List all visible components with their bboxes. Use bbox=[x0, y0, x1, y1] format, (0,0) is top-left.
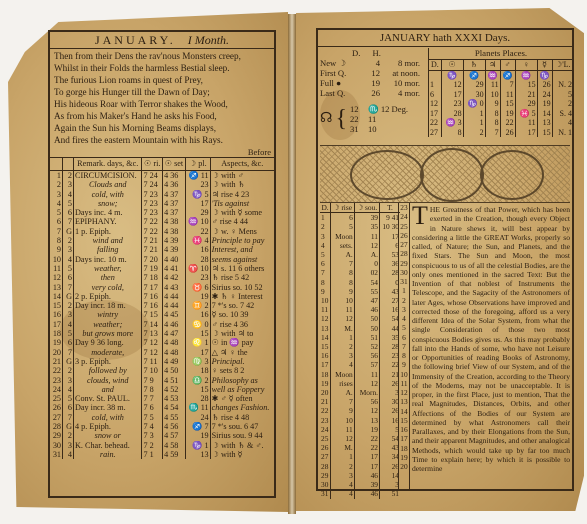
moon-place: ♐ 7 bbox=[185, 422, 210, 431]
sunrise: 7 22 bbox=[142, 227, 163, 236]
moon-row: 5A.A.53 bbox=[320, 250, 400, 259]
remark: Day 9 36 long. bbox=[74, 338, 142, 347]
calendar-row: 314rain.7 14 5913☽ with ☿ bbox=[50, 450, 274, 459]
moon-row: 2411195 bbox=[320, 425, 400, 434]
essay-day-number: 12 bbox=[399, 388, 409, 397]
calendar-row: 45snow;7 234 3717'Tis against bbox=[50, 199, 274, 208]
planet-cell: 27 bbox=[429, 128, 441, 138]
aspect: changes Fashion. bbox=[210, 403, 274, 412]
day-number: 12 bbox=[50, 273, 63, 282]
moon-place: ♌ 1 bbox=[185, 338, 210, 347]
calendar-row: 163wintry7 154 4516☿ so. 10 39 bbox=[50, 310, 274, 319]
moon-cell: 29 bbox=[320, 471, 331, 480]
sunset: 4 53 bbox=[163, 394, 186, 403]
phase-day: 19 bbox=[364, 78, 380, 88]
moon-cell: 4 bbox=[331, 489, 355, 498]
aspect: 7 *'s so. 7 42 bbox=[210, 301, 274, 310]
calendar-row: 82wind and7 214 39♓ 4Principle to pay bbox=[50, 236, 274, 245]
moon-cell: 23 bbox=[320, 416, 331, 425]
moon-cell: A. bbox=[354, 250, 379, 259]
sunset: 4 38 bbox=[163, 227, 186, 236]
aspect: Sirius sou. 9 44 bbox=[210, 431, 274, 440]
sunrise: 7 23 bbox=[142, 190, 163, 199]
moon-cell: 46 bbox=[354, 489, 379, 498]
moon-cell: 34 bbox=[380, 452, 401, 461]
sunrise: 7 8 bbox=[142, 385, 163, 394]
phase-day: 12 bbox=[364, 68, 380, 78]
moon-cell: 50 bbox=[354, 314, 379, 323]
moon-cell: 0 bbox=[354, 259, 379, 268]
calendar-table: Remark. days, &c. ☉ ri. ☉ set ☽ pl. Aspe… bbox=[50, 157, 274, 459]
moon-cell: 6 bbox=[320, 259, 331, 268]
moon-cell: 17 bbox=[354, 462, 379, 471]
essay-day-number: 14 bbox=[399, 407, 409, 416]
planet-col-header: ☽'L. bbox=[552, 60, 573, 71]
moon-row: 16399 41 bbox=[320, 213, 400, 223]
moon-cell: 43 bbox=[380, 443, 401, 452]
moon-cell: 5 bbox=[380, 425, 401, 434]
remark: Day incr. 18 m. bbox=[74, 301, 142, 310]
day-number: 28 bbox=[50, 422, 63, 431]
aspect: ☽ w. ♀ Mens bbox=[210, 227, 274, 236]
moon-phases: D. H. New ☽48 mor.First Q.12at noon.Full… bbox=[320, 48, 424, 134]
sunset: 4 48 bbox=[163, 348, 186, 357]
moon-place: ♑ 5 bbox=[185, 190, 210, 199]
moon-row: 780228 bbox=[320, 268, 400, 277]
sunset: 4 44 bbox=[163, 292, 186, 301]
moon-cell: 6 bbox=[331, 213, 355, 223]
aspect: ✱ ♂ ☿ often bbox=[210, 394, 274, 403]
essay-day-number: 16 bbox=[399, 425, 409, 434]
moon-cell: 22 bbox=[320, 406, 331, 415]
planet-cell: 10 bbox=[485, 90, 500, 100]
moon-cell: 17 bbox=[320, 360, 331, 369]
sunrise: 7 24 bbox=[142, 180, 163, 189]
planet-cell: 21 bbox=[515, 90, 537, 100]
planet-cell: 15 bbox=[537, 128, 552, 138]
moon-row: 304393 bbox=[320, 480, 400, 489]
moon-cell: 16 bbox=[320, 351, 331, 360]
moon-cell: sets. bbox=[331, 241, 355, 250]
moon-row: 1745722 bbox=[320, 360, 400, 369]
phase-name: First Q. bbox=[320, 68, 364, 78]
essay-day-number: 31 bbox=[399, 277, 409, 286]
moon-cell: 46 bbox=[354, 471, 379, 480]
aspect: Interest, and bbox=[210, 245, 274, 254]
calendar-row: 126then7 184 4223♄ rise 5 42 bbox=[50, 273, 274, 282]
moon-row: 67036 bbox=[320, 259, 400, 268]
moon-cell: 17 bbox=[354, 452, 379, 461]
moon-cell: 25 bbox=[320, 434, 331, 443]
moon-place: ♍ 3 bbox=[185, 357, 210, 366]
calendar-row: 56Days inc. 4 m.7 234 3729☽ with ☿ some bbox=[50, 208, 274, 217]
phase-header-hour: H. bbox=[373, 48, 381, 58]
engraving-vignette bbox=[480, 150, 544, 200]
sunrise: 7 20 bbox=[142, 255, 163, 264]
day-number: 3 bbox=[50, 190, 63, 199]
day-number: 7 bbox=[50, 227, 63, 236]
node-row: 2211 bbox=[350, 114, 408, 124]
moon-cell: 12 bbox=[320, 314, 331, 323]
moon-cell: 5 bbox=[320, 250, 331, 259]
planet-cell: 8 bbox=[485, 109, 500, 119]
planet-cell: 7 bbox=[500, 80, 515, 90]
moon-cell: A. bbox=[331, 388, 355, 397]
sunset: 4 49 bbox=[163, 357, 186, 366]
calendar-row: 207moderate,7 124 4817△ ♃ ♀ the bbox=[50, 348, 274, 357]
moon-row: 11114616 bbox=[320, 305, 400, 314]
moon-cell: 12 bbox=[331, 314, 355, 323]
weekday-letter: 7 bbox=[63, 283, 74, 292]
moon-cell: 31 bbox=[320, 489, 331, 498]
book-gutter bbox=[288, 14, 296, 514]
weekday-letter: 5 bbox=[63, 394, 74, 403]
weekday-letter: 5 bbox=[63, 199, 74, 208]
weekday-letter: G bbox=[63, 227, 74, 236]
moon-place: 23 bbox=[185, 273, 210, 282]
essay-day-number: 28 bbox=[399, 249, 409, 258]
moon-place: ♋ 0 bbox=[185, 320, 210, 329]
moon-cell: 27 bbox=[380, 296, 401, 305]
planet-col-header: ☿ bbox=[537, 60, 552, 71]
moon-place: 29 bbox=[185, 208, 210, 217]
calendar-row: 244and7 84 5215well as Foppery bbox=[50, 385, 274, 394]
moon-col-header: ☽ rise bbox=[331, 203, 355, 213]
node-place: 11 bbox=[368, 114, 376, 124]
zodiac-sign-icon: ♒ bbox=[515, 70, 537, 80]
moon-cell: 3 bbox=[380, 388, 401, 397]
essay-day-number: 10 bbox=[399, 370, 409, 379]
moon-place: ♊ 2 bbox=[185, 301, 210, 310]
planet-cell: 19 bbox=[500, 109, 515, 119]
remark: Day incr. 38 m. bbox=[74, 403, 142, 412]
remark: clouds, wind bbox=[74, 376, 142, 385]
moon-cell: 11 bbox=[320, 305, 331, 314]
remark: K. Char. behead. bbox=[74, 441, 142, 450]
moon-cell: 12 bbox=[331, 434, 355, 443]
moon-row: 18Moon1121 bbox=[320, 370, 400, 379]
weekday-letter: 2 bbox=[63, 431, 74, 440]
remark: CIRCUMCISION. bbox=[74, 171, 142, 181]
remark: Days inc. 4 m. bbox=[74, 208, 142, 217]
sunrise: 7 14 bbox=[142, 320, 163, 329]
month-title-text: JANUARY. bbox=[95, 33, 176, 47]
weekday-letter: 7 bbox=[63, 217, 74, 226]
day-number: 6 bbox=[50, 217, 63, 226]
sunrise: 7 9 bbox=[142, 376, 163, 385]
phase-name: Full ● bbox=[320, 78, 364, 88]
moon-cell: 16 bbox=[380, 305, 401, 314]
planet-cell: 23 bbox=[441, 99, 463, 109]
weekday-letter: 3 bbox=[63, 441, 74, 450]
moon-cell: M. bbox=[331, 443, 355, 452]
sunrise: 7 21 bbox=[142, 245, 163, 254]
planet-cell: S. 4 bbox=[552, 109, 573, 119]
sunset: 4 54 bbox=[163, 403, 186, 412]
planet-cell: N. 2 bbox=[552, 80, 573, 90]
verse-line: As from his Maker's Hand he asks his Foo… bbox=[54, 110, 270, 122]
calendar-row: 222followed by7 104 5018♀ sets 8 2 bbox=[50, 366, 274, 375]
moon-cell: 2 bbox=[331, 462, 355, 471]
sunrise: 7 22 bbox=[142, 217, 163, 226]
moon-cell: 5 bbox=[331, 222, 355, 231]
planet-cell: 14 bbox=[537, 109, 552, 119]
moon-cell: 19 bbox=[320, 379, 331, 388]
essay-day-number: 24 bbox=[399, 212, 409, 221]
moon-cell: 3 bbox=[380, 480, 401, 489]
moon-cell: 12 bbox=[354, 379, 379, 388]
engraving-vignette bbox=[350, 150, 424, 200]
moon-cell: 7 bbox=[320, 268, 331, 277]
aspect: seems against bbox=[210, 255, 274, 264]
month-days-title: JANUARY hath XXXI Days. bbox=[318, 30, 572, 47]
calendar-row: 152Day incr. 18 m.7 164 44♊ 27 *'s so. 7… bbox=[50, 301, 274, 310]
moon-place: ♐ 11 bbox=[185, 171, 210, 181]
col-header-sunset: ☉ set bbox=[163, 158, 186, 171]
sunrise: 7 16 bbox=[142, 292, 163, 301]
day-number: 14 bbox=[50, 292, 63, 301]
day-number: 26 bbox=[50, 403, 63, 412]
sunrise: 7 5 bbox=[142, 413, 163, 422]
moon-cell: 10 bbox=[331, 296, 355, 305]
moon-row: 3Moon1117 bbox=[320, 232, 400, 241]
remark: very cold, bbox=[74, 283, 142, 292]
essay-day-number: 18 bbox=[399, 444, 409, 453]
day-number: 17 bbox=[50, 320, 63, 329]
moon-cell: 10 bbox=[331, 416, 355, 425]
phase-day: 4 bbox=[364, 58, 380, 68]
essay-day-number: 3 bbox=[399, 305, 409, 314]
moon-cell: 8 bbox=[320, 278, 331, 287]
moon-col-header: ☽ sou. bbox=[354, 203, 379, 213]
day-number: 30 bbox=[50, 441, 63, 450]
remark: wind and bbox=[74, 236, 142, 245]
moon-row: 253510 30 bbox=[320, 222, 400, 231]
remark: 1 p. Epiph. bbox=[74, 227, 142, 236]
moon-cell: 11 bbox=[354, 370, 379, 379]
aspect: ☽ with ♂ bbox=[210, 171, 274, 181]
moon-cell: 4 bbox=[320, 241, 331, 250]
planet-row: 27827261715N. 1 bbox=[429, 128, 573, 138]
remark: cold, with bbox=[74, 190, 142, 199]
moon-cell: 43 bbox=[380, 287, 401, 296]
moon-row: 2934614 bbox=[320, 471, 400, 480]
moon-cell: 54 bbox=[380, 434, 401, 443]
essay-day-number: 25 bbox=[399, 222, 409, 231]
moon-place: ♏ 11 bbox=[185, 403, 210, 412]
moon-cell: 36 bbox=[380, 259, 401, 268]
day-number: 13 bbox=[50, 283, 63, 292]
phase-row: Last Q.264 mor. bbox=[320, 88, 424, 98]
moon-row: 10104727 bbox=[320, 296, 400, 305]
planet-cell: 26 bbox=[500, 128, 515, 138]
sunset: 4 55 bbox=[163, 413, 186, 422]
phase-hour: 8 mor. bbox=[380, 58, 420, 68]
moon-cell: 4 bbox=[331, 480, 355, 489]
sunset: 4 39 bbox=[163, 245, 186, 254]
weekday-letter: 4 bbox=[63, 320, 74, 329]
moon-place: 15 bbox=[185, 385, 210, 394]
moon-cell: 26 bbox=[380, 462, 401, 471]
calendar-row: 93falling7 214 3916Interest, and bbox=[50, 245, 274, 254]
sunrise: 7 19 bbox=[142, 264, 163, 273]
moon-cell: 28 bbox=[380, 342, 401, 351]
moon-cell: 9 bbox=[331, 406, 355, 415]
verse-line: And fires the eastern Mountain with his … bbox=[54, 134, 270, 146]
sunrise: 7 12 bbox=[142, 348, 163, 357]
col-header-moon-place: ☽ pl. bbox=[185, 158, 210, 171]
moon-cell: 16 bbox=[380, 416, 401, 425]
moon-cell: 9 bbox=[320, 287, 331, 296]
remark: Days inc. 10 m. bbox=[74, 255, 142, 264]
moon-cell: 3 bbox=[331, 351, 355, 360]
day-number: 24 bbox=[50, 385, 63, 394]
phase-name: Last Q. bbox=[320, 88, 364, 98]
moon-cell: 50 bbox=[354, 324, 379, 333]
phase-hour: 4 mor. bbox=[380, 88, 420, 98]
calendar-row: 196Day 9 36 long.7 124 48♌ 1☉ in ♒ pay bbox=[50, 338, 274, 347]
moon-cell: 2 bbox=[320, 222, 331, 231]
essay-day-number: 30 bbox=[399, 268, 409, 277]
moon-cell: 28 bbox=[380, 268, 401, 277]
planet-cell: 28 bbox=[441, 109, 463, 119]
sunrise: 7 23 bbox=[142, 199, 163, 208]
aspect: ☽ with ♄ bbox=[210, 180, 274, 189]
phase-row: First Q.12at noon. bbox=[320, 68, 424, 78]
weekday-letter: G bbox=[63, 422, 74, 431]
zodiac-sign-icon: ♐ bbox=[500, 70, 515, 80]
aspect: 'Tis against bbox=[210, 199, 274, 208]
planet-cell: ♓ 5 bbox=[515, 109, 537, 119]
planet-cell: 15 bbox=[500, 99, 515, 109]
sunrise: 7 4 bbox=[142, 422, 163, 431]
zodiac-engraving bbox=[320, 145, 570, 203]
moon-cell: 22 bbox=[380, 360, 401, 369]
planet-cell: 29 bbox=[515, 99, 537, 109]
aspect: ♄ rise 4 48 bbox=[210, 413, 274, 422]
weekday-letter: 6 bbox=[63, 338, 74, 347]
remark: falling bbox=[74, 245, 142, 254]
weekday-letter: 4 bbox=[63, 450, 74, 459]
moon-cell: 57 bbox=[354, 360, 379, 369]
moon-row: 23101316 bbox=[320, 416, 400, 425]
moon-cell: 3 bbox=[331, 471, 355, 480]
remark: then bbox=[74, 273, 142, 282]
verse-line: Again the Sun his Morning Beams displays… bbox=[54, 122, 270, 134]
aspect: ☉ in ♒ pay bbox=[210, 338, 274, 347]
moon-place: ♎ 2 bbox=[185, 376, 210, 385]
moon-cell: 21 bbox=[320, 397, 331, 406]
weekday-letter: 3 bbox=[63, 245, 74, 254]
moon-row: 2291226 bbox=[320, 406, 400, 415]
moon-place: ♉ 6 bbox=[185, 283, 210, 292]
sunset: 4 43 bbox=[163, 283, 186, 292]
moon-cell: 24 bbox=[320, 425, 331, 434]
moon-cell: 55 bbox=[354, 287, 379, 296]
essay-day-number: 20 bbox=[399, 462, 409, 471]
calendar-row: 174weather;7 144 46♋ 0♂ rise 4 36 bbox=[50, 320, 274, 329]
sunset: 4 46 bbox=[163, 320, 186, 329]
zodiac-sign-icon bbox=[552, 70, 573, 80]
moon-rise-table: D.☽ rise☽ sou.T. 16399 41253510 303Moon1… bbox=[320, 203, 400, 499]
planet-cell: 1 bbox=[463, 118, 485, 128]
day-number: 25 bbox=[50, 394, 63, 403]
calendar-row: 21G3 p. Epiph.7 114 49♍ 3Principal. bbox=[50, 357, 274, 366]
calendar-row: 7G1 p. Epiph.7 224 3822☽ w. ♀ Mens bbox=[50, 227, 274, 236]
calendar-row: 137very cold,7 174 43♉ 6Sirius so. 10 52 bbox=[50, 283, 274, 292]
planet-row: 17281819♓ 514S. 4 bbox=[429, 109, 573, 119]
sunset: 4 37 bbox=[163, 199, 186, 208]
planet-cell: 8 bbox=[485, 118, 500, 128]
day-number: 19 bbox=[50, 338, 63, 347]
calendar-row: 34cold, with7 234 37♑ 5♃ rise 4 23 bbox=[50, 190, 274, 199]
day-number: 8 bbox=[50, 236, 63, 245]
sunrise: 7 21 bbox=[142, 236, 163, 245]
moon-place: 19 bbox=[185, 292, 210, 301]
node-place: ♏ 12 Deg. bbox=[368, 104, 408, 114]
moon-cell: 52 bbox=[354, 342, 379, 351]
verse-line: Then from their Dens the rav'nous Monste… bbox=[54, 50, 270, 62]
weekday-letter: 2 bbox=[63, 171, 74, 181]
sunrise: 7 11 bbox=[142, 357, 163, 366]
planet-cell: 7 bbox=[485, 128, 500, 138]
moon-cell: 39 bbox=[354, 480, 379, 489]
weekday-letter: 5 bbox=[63, 329, 74, 338]
sunrise: 7 10 bbox=[142, 366, 163, 375]
day-number: 9 bbox=[50, 245, 63, 254]
node-day: 22 bbox=[350, 114, 364, 124]
phase-row: Full ●1910 mor. bbox=[320, 78, 424, 88]
moon-cell: 26 bbox=[380, 379, 401, 388]
aspect: ♃ rise 4 23 bbox=[210, 190, 274, 199]
moon-cell: 28 bbox=[320, 462, 331, 471]
right-page-frame: JANUARY hath XXXI Days. D. H. New ☽48 mo… bbox=[316, 28, 574, 491]
planet-cell: 22 bbox=[500, 118, 515, 128]
sunrise: 7 16 bbox=[142, 301, 163, 310]
moon-cell: 10 bbox=[320, 296, 331, 305]
aspect: ☽ with ♄ & ♂. bbox=[210, 441, 274, 450]
moon-cell: 30 bbox=[320, 480, 331, 489]
node-day: 31 bbox=[350, 124, 364, 134]
essay-day-number: 5 bbox=[399, 323, 409, 332]
planet-col-header: ♄ bbox=[463, 60, 485, 71]
moon-cell: 39 bbox=[354, 213, 379, 223]
aspect: ☽ with ☿ bbox=[210, 450, 274, 459]
sunrise: 7 24 bbox=[142, 171, 163, 181]
sunrise: 7 6 bbox=[142, 403, 163, 412]
planet-cell: N. 1 bbox=[552, 128, 573, 138]
aspect: ♀ sets 8 2 bbox=[210, 366, 274, 375]
planet-cell: 13 bbox=[537, 118, 552, 128]
zodiac-sign-icon: ♑ bbox=[441, 70, 463, 80]
planet-cell: 5 bbox=[552, 90, 573, 100]
phase-header-day: D. bbox=[352, 48, 360, 58]
aspect: ♃ s. 11 6 others bbox=[210, 264, 274, 273]
phase-hour: 10 mor. bbox=[380, 78, 420, 88]
remark: but grows more bbox=[74, 329, 142, 338]
remark: cold, with bbox=[74, 413, 142, 422]
remark: wintry bbox=[74, 310, 142, 319]
moon-cell: 8 bbox=[331, 268, 355, 277]
brace-icon: { bbox=[335, 105, 347, 133]
weekday-letter: 3 bbox=[63, 310, 74, 319]
node-place: 10 bbox=[368, 124, 377, 134]
drop-cap: T bbox=[412, 205, 428, 227]
weekday-letter: G bbox=[63, 292, 74, 301]
essay-text: THE Greatness of that Power, which has b… bbox=[412, 205, 570, 473]
moon-place: 15 bbox=[185, 329, 210, 338]
moon-cell: 0 bbox=[380, 278, 401, 287]
